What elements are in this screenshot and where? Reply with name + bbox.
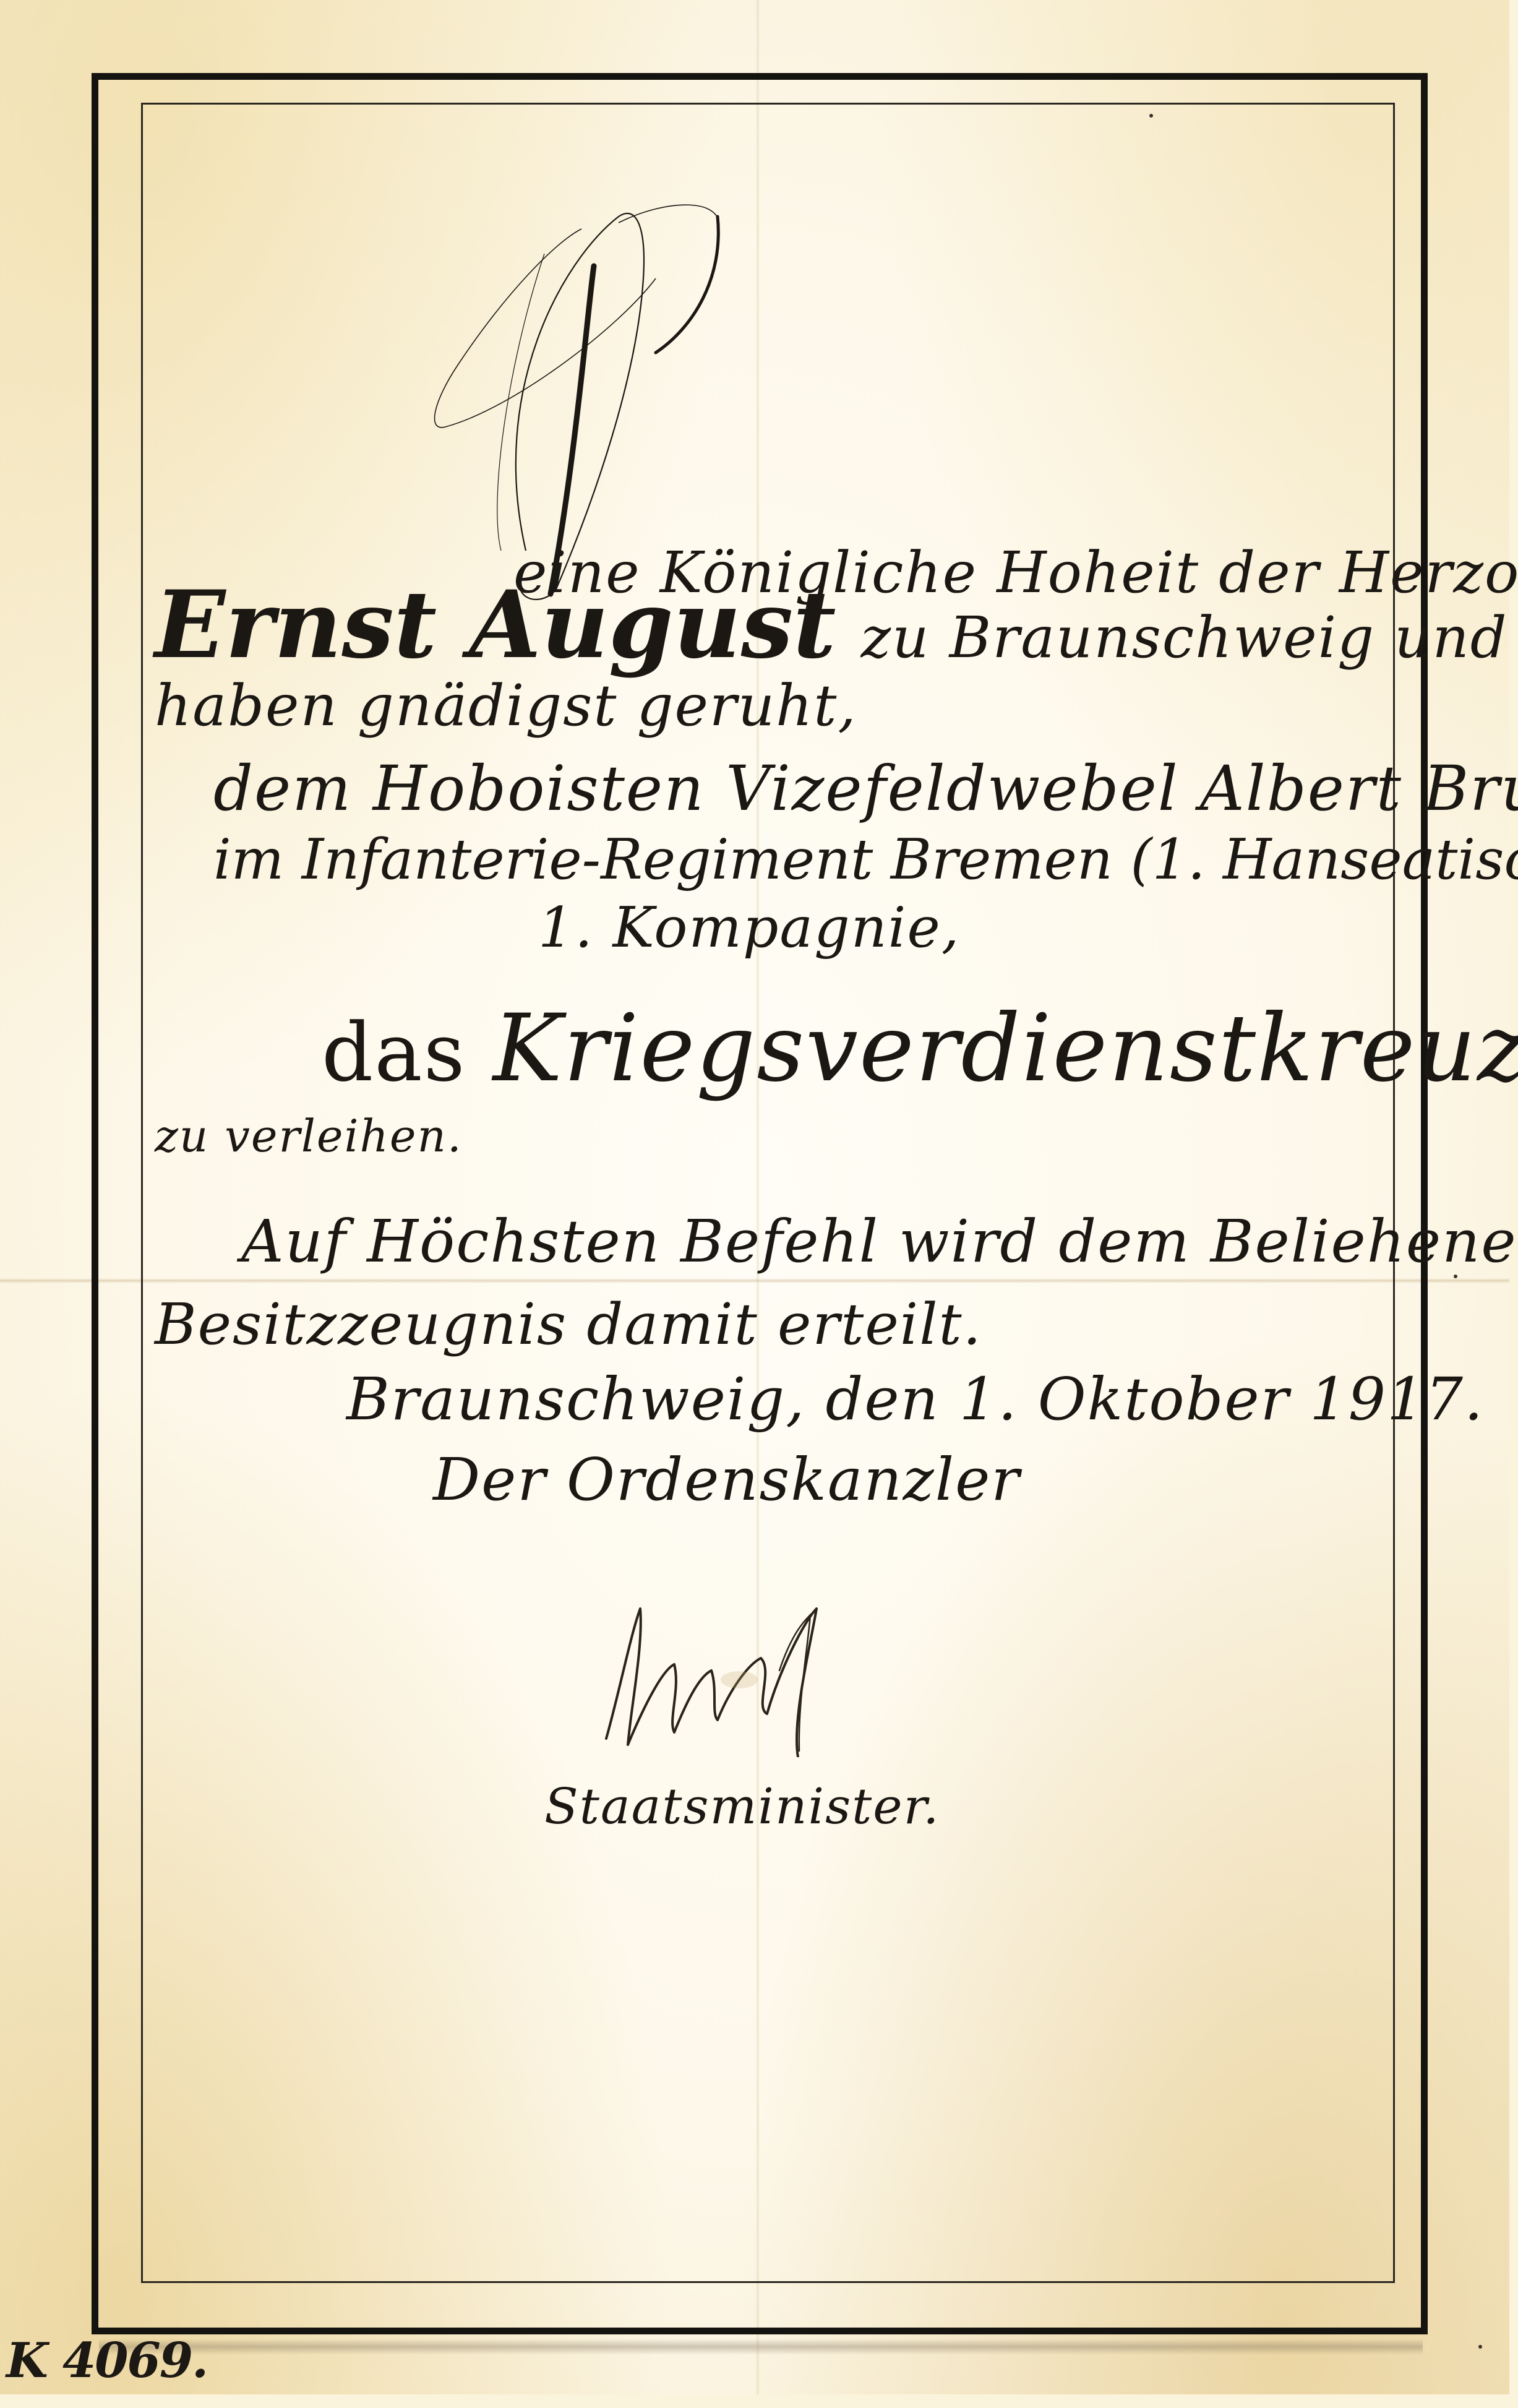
- decision-line: haben gnädigst geruht,: [155, 677, 857, 734]
- sovereign-title: zu Braunschweig und Lüneburg usw.: [861, 604, 1518, 671]
- ink-speck: [1478, 2345, 1482, 2349]
- award-suffix-line: zu verleihen.: [155, 1114, 463, 1158]
- award-name: Kriegsverdienstkreuz: [493, 995, 1518, 1103]
- ink-speck: [1149, 114, 1153, 118]
- inner-frame-border: [141, 103, 1395, 2283]
- sovereign-name: Ernst August: [155, 570, 836, 679]
- ink-speck: [1454, 1275, 1457, 1278]
- sovereign-line: Ernst August zu Braunschweig und Lünebur…: [155, 578, 1518, 671]
- catalog-number-stamp: K 4069.: [6, 2333, 207, 2389]
- issuer-title-line: Der Ordenskanzler: [433, 1451, 1021, 1510]
- regiment-line: im Infanterie-Regiment Bremen (1. Hansea…: [213, 832, 1518, 888]
- place-date-line: Braunschweig, den 1. Oktober 1917.: [346, 1370, 1484, 1429]
- order-line-1: Auf Höchsten Befehl wird dem Beliehenen …: [241, 1213, 1518, 1271]
- recipient-line: dem Hoboisten Vizefeldwebel Albert Brunk…: [213, 758, 1518, 820]
- award-prefix: das: [322, 1005, 466, 1099]
- company-line: 1. Kompagnie,: [538, 900, 960, 956]
- order-line-2: Besitzzeugnis damit erteilt.: [155, 1296, 982, 1353]
- award-line: das Kriegsverdienstkreuz: [322, 1002, 1518, 1095]
- bottom-fold-stain: [99, 2339, 1423, 2355]
- handwritten-signature: [594, 1596, 916, 1757]
- issuer-rank-line: Staatsminister.: [544, 1782, 940, 1831]
